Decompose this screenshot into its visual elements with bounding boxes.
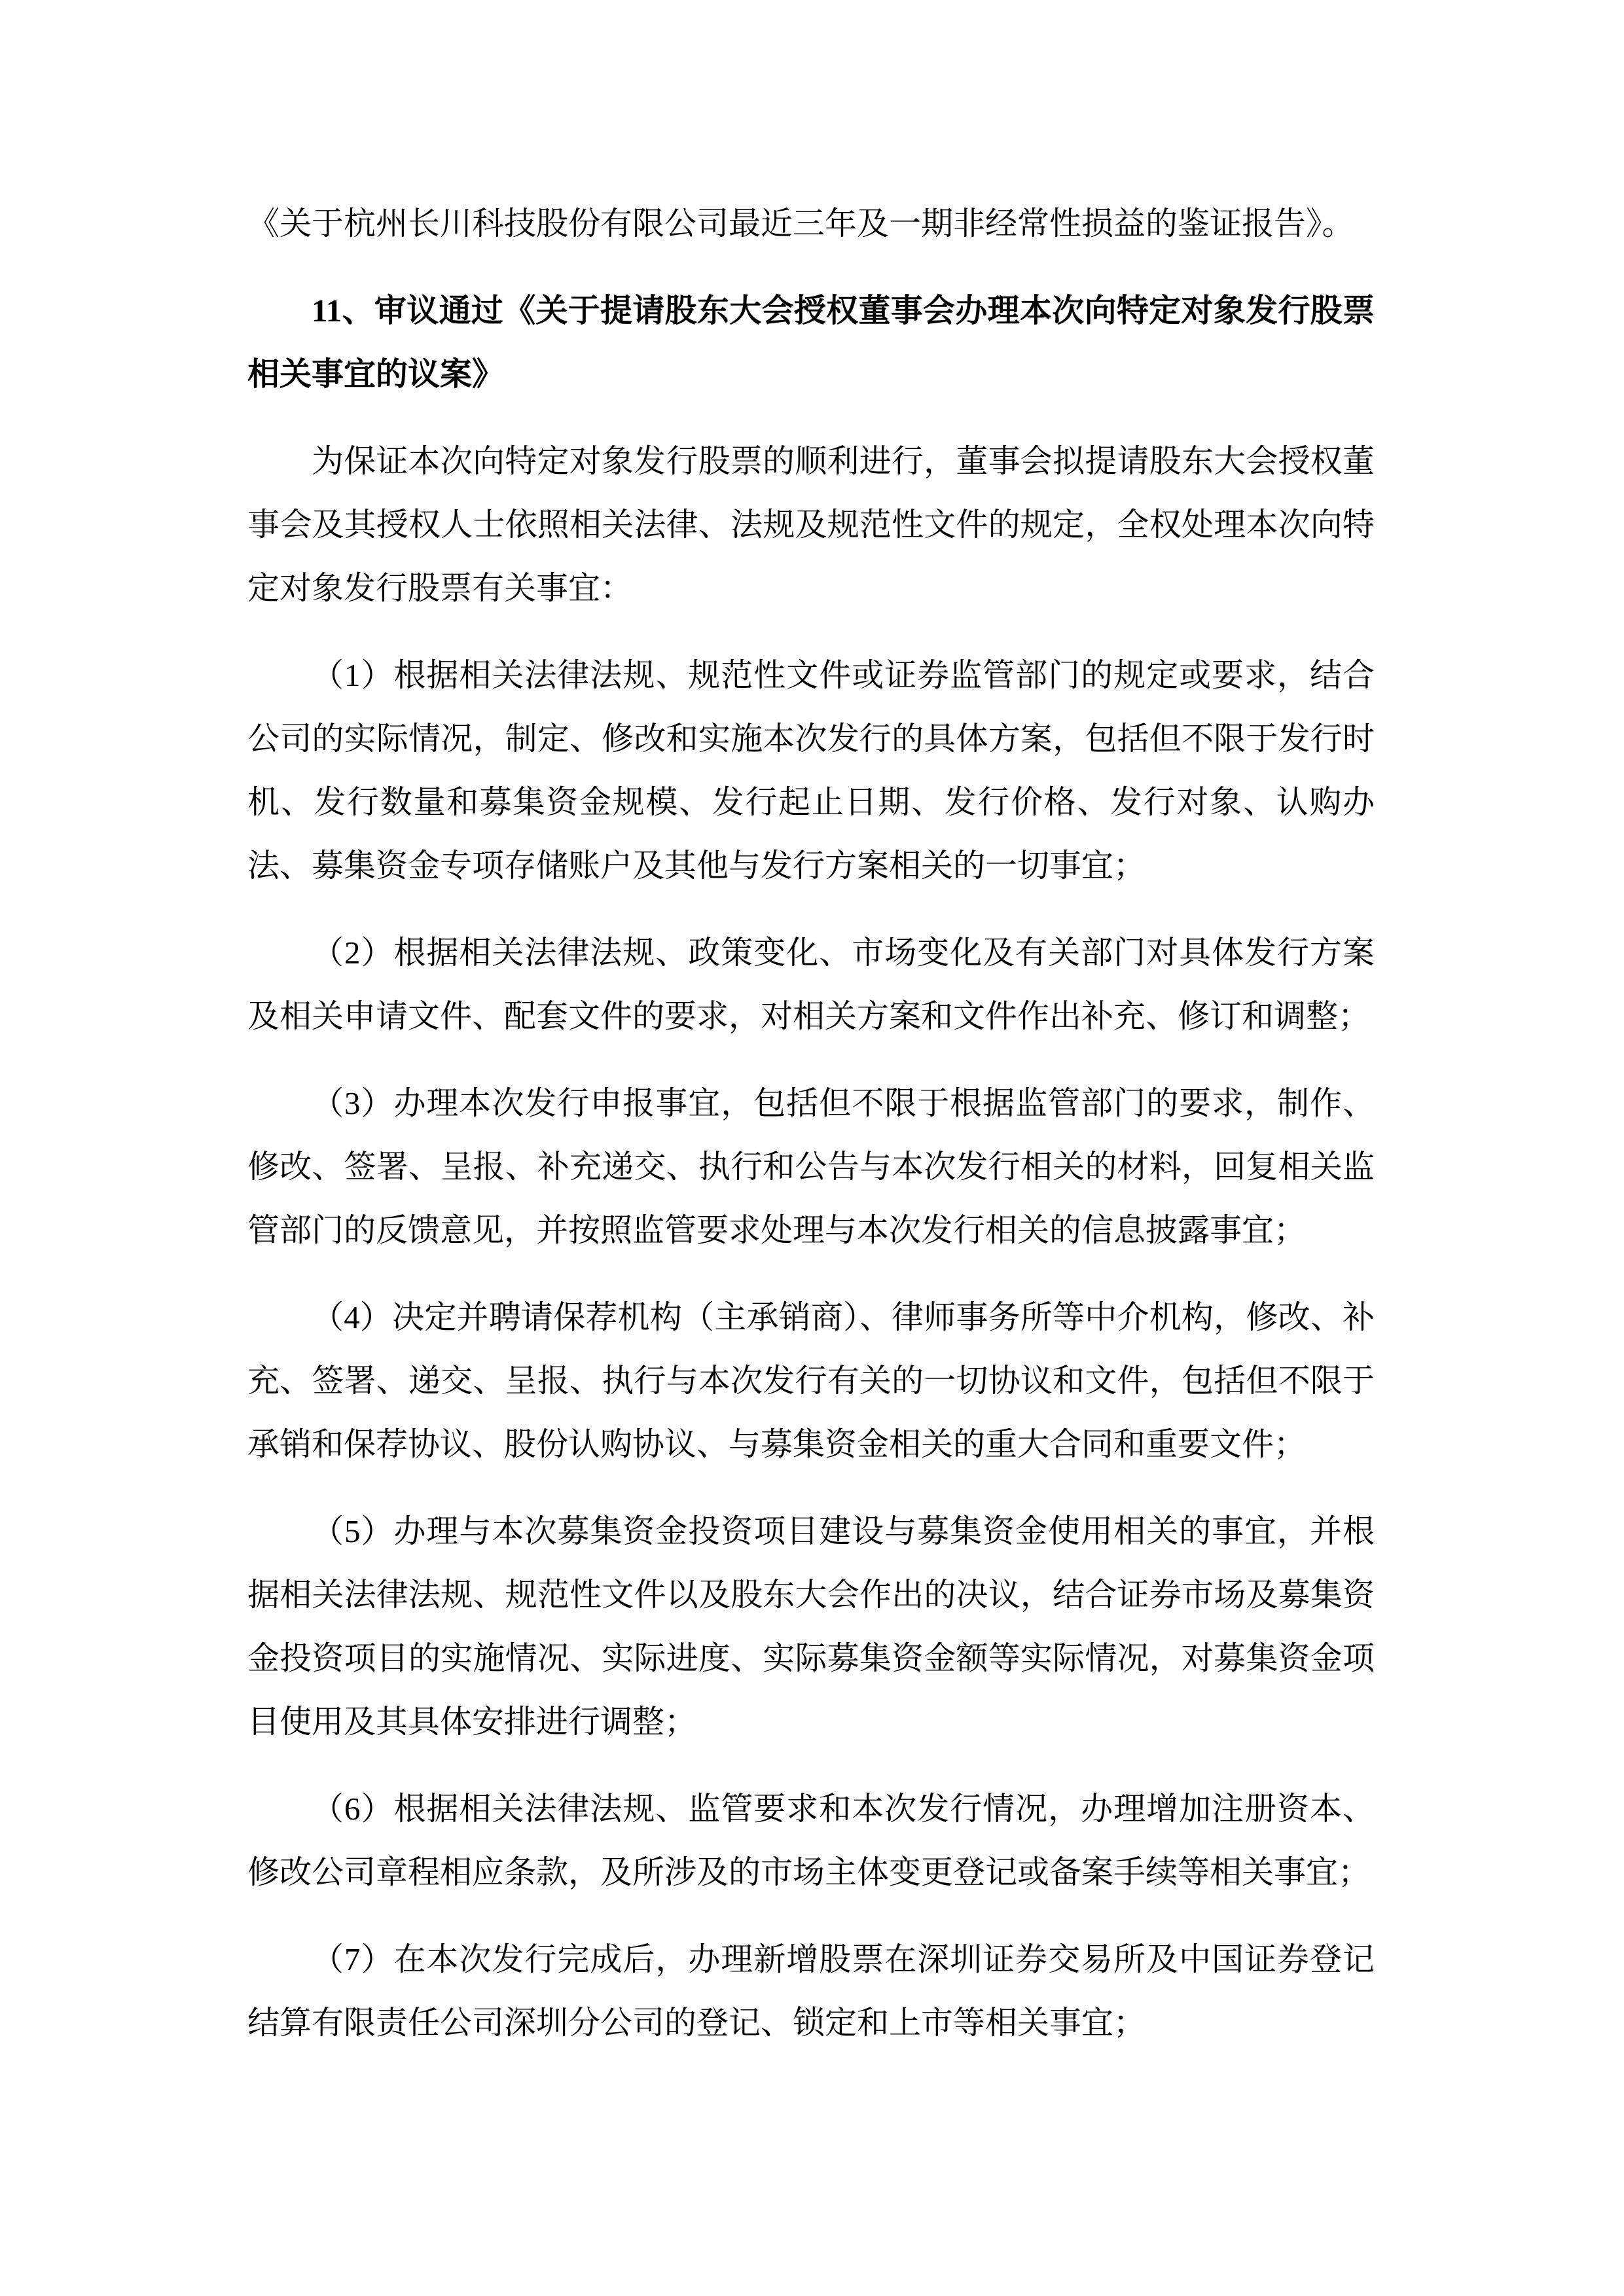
paragraph-item-5: （5）办理与本次募集资金投资项目建设与募集资金使用相关的事宜，并根据相关法律法规… bbox=[247, 1499, 1375, 1753]
paragraph-report-reference: 《关于杭州长川科技股份有限公司最近三年及一期非经常性损益的鉴证报告》。 bbox=[247, 192, 1375, 255]
section-heading-item-11: 11、审议通过《关于提请股东大会授权董事会办理本次向特定对象发行股票相关事宜的议… bbox=[247, 279, 1375, 406]
document-body: 《关于杭州长川科技股份有限公司最近三年及一期非经常性损益的鉴证报告》。 11、审… bbox=[247, 192, 1375, 2054]
paragraph-item-4: （4）决定并聘请保荐机构（主承销商）、律师事务所等中介机构，修改、补充、签署、递… bbox=[247, 1285, 1375, 1476]
paragraph-item-2: （2）根据相关法律法规、政策变化、市场变化及有关部门对具体发行方案及相关申请文件… bbox=[247, 921, 1375, 1048]
paragraph-item-1: （1）根据相关法律法规、规范性文件或证券监管部门的规定或要求，结合公司的实际情况… bbox=[247, 643, 1375, 897]
paragraph-item-6: （6）根据相关法律法规、监管要求和本次发行情况，办理增加注册资本、修改公司章程相… bbox=[247, 1777, 1375, 1904]
paragraph-authorization-intro: 为保证本次向特定对象发行股票的顺利进行，董事会拟提请股东大会授权董事会及其授权人… bbox=[247, 429, 1375, 620]
document-page: 《关于杭州长川科技股份有限公司最近三年及一期非经常性损益的鉴证报告》。 11、审… bbox=[0, 0, 1624, 2296]
paragraph-item-3: （3）办理本次发行申报事宜，包括但不限于根据监管部门的要求，制作、修改、签署、呈… bbox=[247, 1071, 1375, 1262]
paragraph-item-7: （7）在本次发行完成后，办理新增股票在深圳证券交易所及中国证券登记结算有限责任公… bbox=[247, 1928, 1375, 2054]
